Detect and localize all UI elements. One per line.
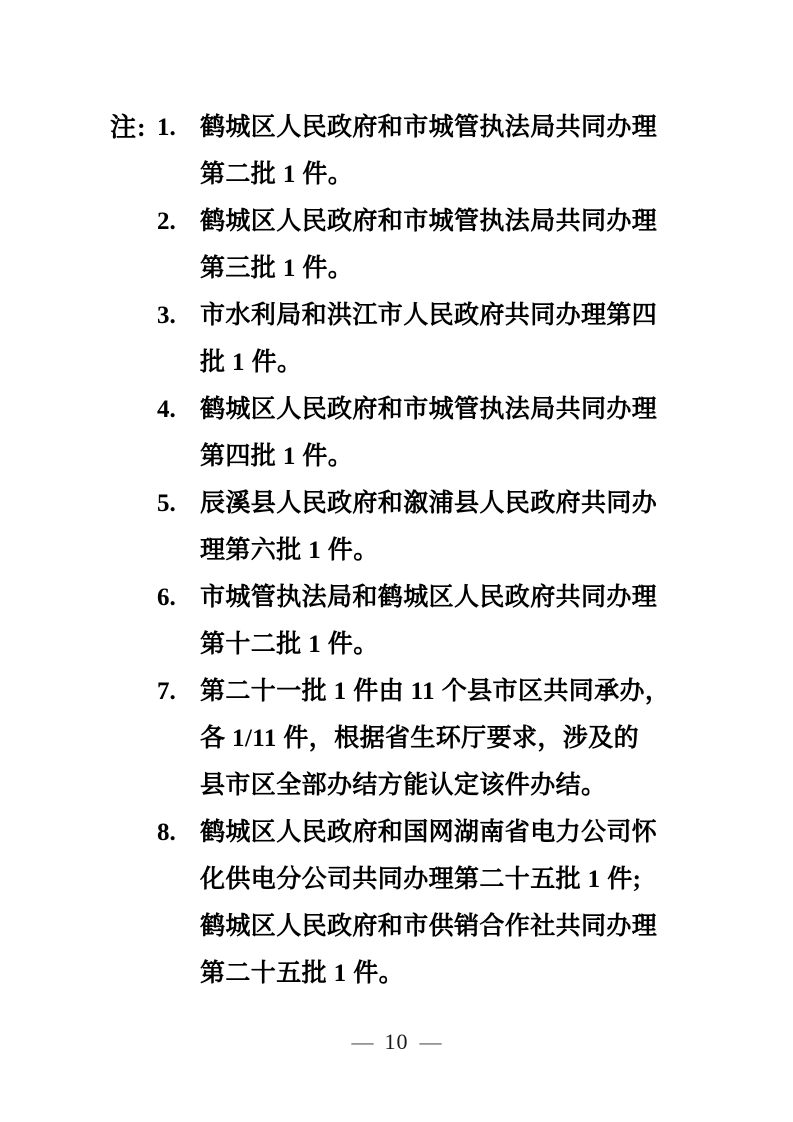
- note-item-number: 4.: [157, 386, 200, 433]
- note-line: 批 1 件。: [200, 339, 670, 386]
- document-page: 注: 1. 鹤城区人民政府和市城管执法局共同办理 第二批 1 件。 2. 鹤城区…: [0, 0, 793, 1122]
- notes-section: 注: 1. 鹤城区人民政府和市城管执法局共同办理 第二批 1 件。 2. 鹤城区…: [110, 104, 670, 997]
- note-item: 5. 辰溪县人民政府和溆浦县人民政府共同办 理第六批 1 件。: [157, 480, 670, 574]
- note-line: 市水利局和洪江市人民政府共同办理第四: [200, 292, 670, 339]
- note-line: 鹤城区人民政府和国网湖南省电力公司怀: [200, 809, 670, 856]
- footer-left-dash: —: [352, 1029, 374, 1054]
- page-footer: —10—: [0, 1026, 793, 1058]
- note-item: 7. 第二十一批 1 件由 11 个县市区共同承办， 各 1/11 件，根据省生…: [157, 668, 670, 809]
- note-line: 鹤城区人民政府和市城管执法局共同办理: [200, 104, 670, 151]
- note-item: 4. 鹤城区人民政府和市城管执法局共同办理 第四批 1 件。: [157, 386, 670, 480]
- note-line: 市城管执法局和鹤城区人民政府共同办理: [200, 574, 670, 621]
- note-item: 6. 市城管执法局和鹤城区人民政府共同办理 第十二批 1 件。: [157, 574, 670, 668]
- note-item: 8. 鹤城区人民政府和国网湖南省电力公司怀 化供电分公司共同办理第二十五批 1 …: [157, 809, 670, 997]
- note-item-text: 鹤城区人民政府和国网湖南省电力公司怀 化供电分公司共同办理第二十五批 1 件; …: [200, 809, 670, 997]
- note-item-number: 8.: [157, 809, 200, 856]
- notes-list: 1. 鹤城区人民政府和市城管执法局共同办理 第二批 1 件。 2. 鹤城区人民政…: [157, 104, 670, 997]
- note-line: 鹤城区人民政府和市城管执法局共同办理: [200, 198, 670, 245]
- note-item-text: 第二十一批 1 件由 11 个县市区共同承办， 各 1/11 件，根据省生环厅要…: [200, 668, 670, 809]
- note-line: 理第六批 1 件。: [200, 527, 670, 574]
- note-line: 第二批 1 件。: [200, 151, 670, 198]
- note-line: 第二十一批 1 件由 11 个县市区共同承办，: [200, 668, 670, 715]
- note-item-text: 鹤城区人民政府和市城管执法局共同办理 第三批 1 件。: [200, 198, 670, 292]
- note-line: 各 1/11 件，根据省生环厅要求，涉及的: [200, 715, 670, 762]
- notes-label: 注:: [110, 104, 147, 151]
- note-item: 1. 鹤城区人民政府和市城管执法局共同办理 第二批 1 件。: [157, 104, 670, 198]
- note-line: 第三批 1 件。: [200, 245, 670, 292]
- note-item-text: 鹤城区人民政府和市城管执法局共同办理 第二批 1 件。: [200, 104, 670, 198]
- note-line: 第四批 1 件。: [200, 433, 670, 480]
- note-line: 第十二批 1 件。: [200, 621, 670, 668]
- page-number: 10: [385, 1029, 409, 1054]
- footer-right-dash: —: [420, 1029, 442, 1054]
- note-item-text: 辰溪县人民政府和溆浦县人民政府共同办 理第六批 1 件。: [200, 480, 670, 574]
- note-item-number: 5.: [157, 480, 200, 527]
- note-line: 化供电分公司共同办理第二十五批 1 件;: [200, 856, 670, 903]
- note-line: 辰溪县人民政府和溆浦县人民政府共同办: [200, 480, 670, 527]
- note-item-number: 1.: [157, 104, 200, 151]
- note-item-text: 市城管执法局和鹤城区人民政府共同办理 第十二批 1 件。: [200, 574, 670, 668]
- note-item-number: 3.: [157, 292, 200, 339]
- note-item: 2. 鹤城区人民政府和市城管执法局共同办理 第三批 1 件。: [157, 198, 670, 292]
- note-line: 鹤城区人民政府和市城管执法局共同办理: [200, 386, 670, 433]
- note-item-text: 市水利局和洪江市人民政府共同办理第四 批 1 件。: [200, 292, 670, 386]
- note-item-number: 7.: [157, 668, 200, 715]
- note-item-text: 鹤城区人民政府和市城管执法局共同办理 第四批 1 件。: [200, 386, 670, 480]
- note-item: 3. 市水利局和洪江市人民政府共同办理第四 批 1 件。: [157, 292, 670, 386]
- note-line: 鹤城区人民政府和市供销合作社共同办理: [200, 903, 670, 950]
- note-item-number: 2.: [157, 198, 200, 245]
- note-item-number: 6.: [157, 574, 200, 621]
- note-line: 第二十五批 1 件。: [200, 950, 670, 997]
- note-line: 县市区全部办结方能认定该件办结。: [200, 762, 670, 809]
